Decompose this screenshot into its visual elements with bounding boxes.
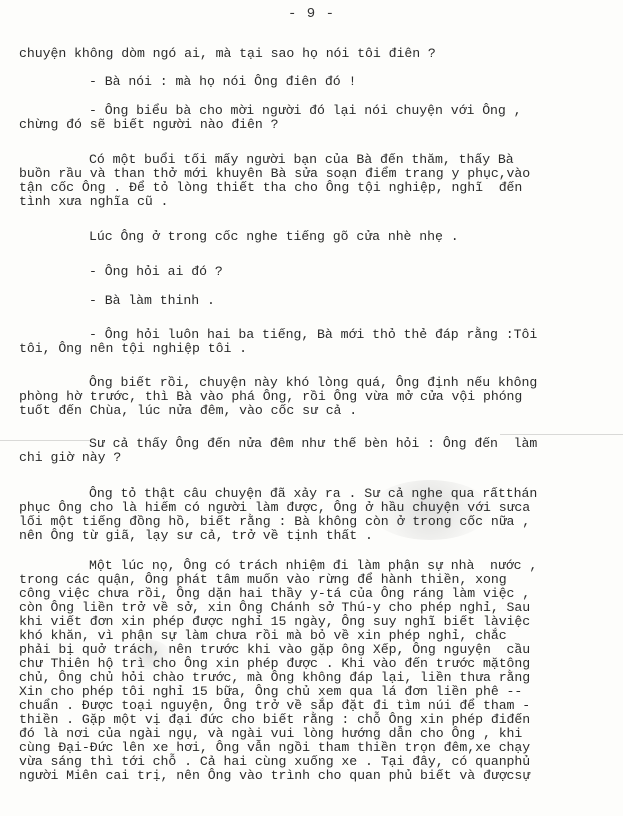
- text-line: lối một tiếng đồng hồ, biết rằng : Bà kh…: [19, 515, 530, 529]
- paragraph-first-line: Ông tỏ thật câu chuyện đã xảy ra . Sư cả…: [89, 487, 537, 501]
- text-line: cùng Đại-Đức lên xe hơi, Ông vẫn ngồi th…: [19, 741, 530, 755]
- paragraph-first-line: Lúc Ông ở trong cốc nghe tiếng gõ cửa nh…: [89, 230, 459, 244]
- text-line: thiền . Gặp một vị đại đức cho biết rằng…: [19, 713, 530, 727]
- text-line: phải bị quở trách, nên trước khi vào gặp…: [19, 643, 530, 657]
- dialogue-line: - Ông hỏi luôn hai ba tiếng, Bà mới thỏ …: [89, 328, 537, 342]
- dialogue-line: - Ông biểu bà cho mời người đó lại nói c…: [89, 104, 522, 118]
- text-line: chuẩn . Được toại nguyện, Ông trở về sắp…: [19, 699, 530, 713]
- text-line: tôi, Ông nên tội nghiệp tôi .: [19, 342, 247, 356]
- text-line: còn Ông liền trở về sở, xin Ông Chánh sở…: [19, 601, 530, 615]
- text-line: buồn rầu và than thở mới khuyên Bà sửa s…: [19, 167, 530, 181]
- text-line: tình xưa nghĩa cũ .: [19, 195, 168, 209]
- text-line: chuyện không dòm ngó ai, mà tại sao họ n…: [19, 47, 436, 61]
- text-line: công việc chưa rồi, Ông dặn hai thầy y-t…: [19, 587, 530, 601]
- paragraph-first-line: Có một buổi tối mấy người bạn của Bà đến…: [89, 153, 514, 167]
- scan-line-mark: [0, 440, 90, 441]
- text-line: người Miên cai trị, nên Ông vào trình ch…: [19, 769, 530, 783]
- document-page: - 9 - chuyện không dòm ngó ai, mà tại sa…: [0, 0, 623, 816]
- text-line: phục Ông cho là hiếm có người làm được, …: [19, 501, 530, 515]
- text-line: phòng hờ trước, thì Bà vào phá Ông, rồi …: [19, 390, 522, 404]
- paragraph-first-line: Sư cả thấy Ông đến nửa đêm như thế bèn h…: [89, 437, 537, 451]
- text-line: chi giờ này ?: [19, 451, 121, 465]
- text-line: chừng đó sẽ biết người nào điên ?: [19, 118, 279, 132]
- text-line: vừa sáng thì tới chỗ . Cả hai cùng xuống…: [19, 755, 530, 769]
- text-line: tuốt đến Chùa, lúc nửa đêm, vào cốc sư c…: [19, 404, 357, 418]
- text-line: chư Thiên hộ trì cho Ông xin phép được .…: [19, 657, 530, 671]
- text-line: tận cốc Ông . Để tỏ lòng thiết tha cho Ô…: [19, 181, 522, 195]
- text-line: chủ, Ông chủ hỏi chào trước, mà Ông khôn…: [19, 671, 530, 685]
- dialogue-line: - Bà nói : mà họ nói Ông điên đó !: [89, 75, 356, 89]
- dialogue-line: - Ông hỏi ai đó ?: [89, 265, 223, 279]
- paragraph-first-line: Một lúc nọ, Ông có trách nhiệm đi làm ph…: [89, 559, 537, 573]
- paragraph-first-line: Ông biết rồi, chuyện này khó lòng quá, Ô…: [89, 376, 537, 390]
- text-line: khi viết đơn xin phép được nghỉ 15 ngày,…: [19, 615, 530, 629]
- page-number: - 9 -: [0, 6, 623, 22]
- text-line: khó khăn, vì phận sự làm chưa rồi mà bỏ …: [19, 629, 507, 643]
- text-line: Xin cho phép tôi nghỉ 15 bữa, Ông chủ xe…: [19, 685, 522, 699]
- text-line: trong các quận, Ông phát tâm muốn vào rừ…: [19, 573, 507, 587]
- text-line: đó là nơi của ngài ngụ, và ngài vui lòng…: [19, 727, 522, 741]
- text-line: nên Ông từ giã, lạy sư cả, trở về tịnh t…: [19, 529, 373, 543]
- scan-line-mark: [500, 434, 623, 435]
- dialogue-line: - Bà làm thinh .: [89, 294, 215, 308]
